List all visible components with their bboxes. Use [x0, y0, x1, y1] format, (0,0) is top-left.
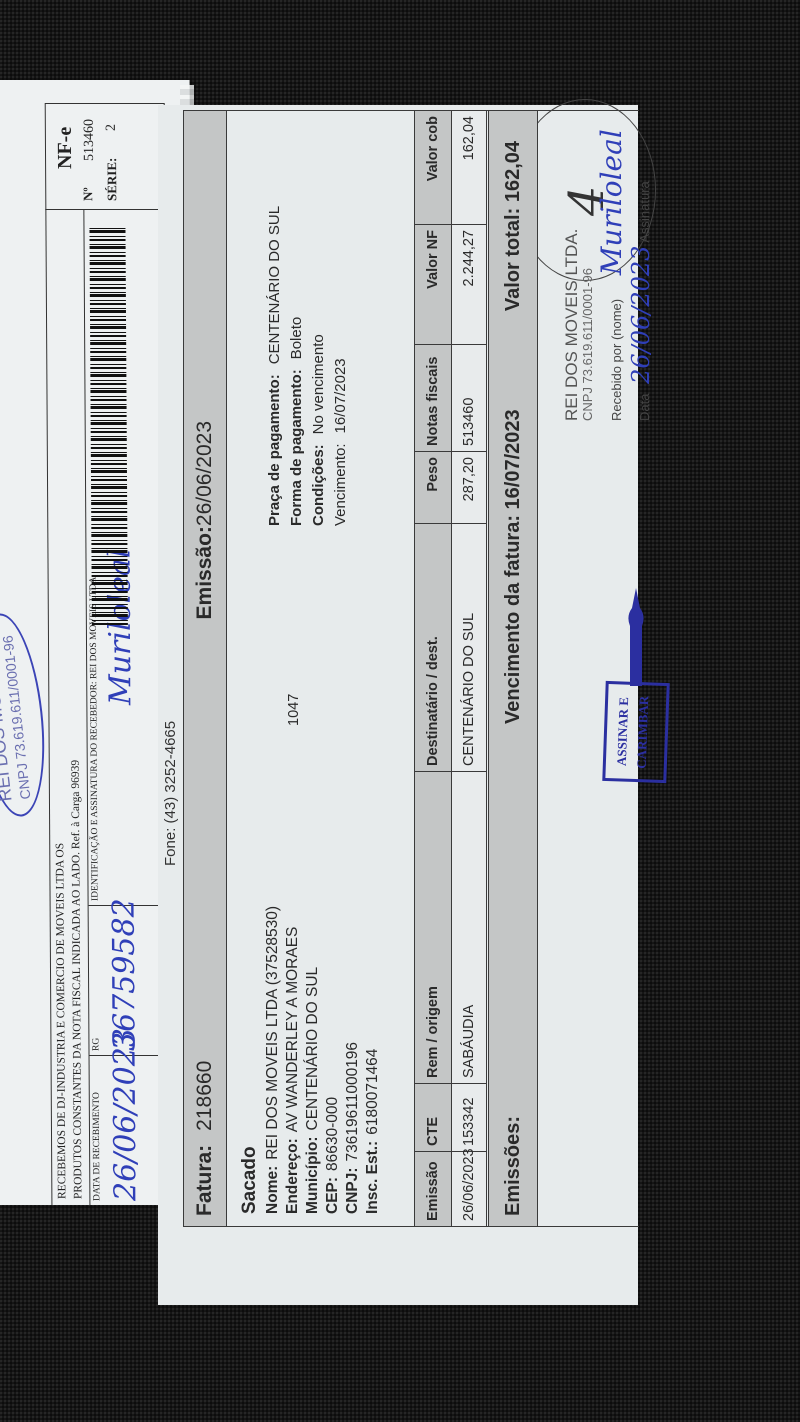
- field-label: Nome:: [263, 1166, 283, 1214]
- invoice-paper: Fone: (43) 3252-4665 Fatura: 218660 Emis…: [158, 105, 638, 1305]
- nfe-serie: 2: [104, 124, 120, 131]
- sacado-municipio: Município:CENTENÁRIO DO SUL: [303, 906, 323, 1214]
- sign-and-stamp-stamp: ASSINAR E CARIMBAR: [602, 681, 669, 783]
- field-label: Condições:: [308, 444, 330, 526]
- table-row: 26/06/2023 153342 SABÁUDIA CENTENÁRIO DO…: [452, 111, 487, 1226]
- cell-rem-origem: SABÁUDIA: [452, 771, 486, 1083]
- sacado-cep: CEP:86630-000: [323, 906, 343, 1214]
- pointing-hand-icon: [624, 586, 648, 686]
- stamp-line-2: CARIMBAR: [631, 685, 654, 780]
- phone-label: Fone:: [162, 828, 179, 866]
- col-emissao: Emissão: [415, 1151, 451, 1226]
- payment-praca: Praça de pagamento:CENTENÁRIO DO SUL: [264, 206, 286, 526]
- sacado-section: Sacado Nome:REI DOS MOVEIS LTDA (3752853…: [240, 906, 383, 1214]
- phone-value: (43) 3252-4665: [162, 721, 179, 824]
- vencimento-fatura: Vencimento da fatura: 16/07/2023: [502, 409, 525, 724]
- field-value: REI DOS MOVEIS LTDA (37528530): [263, 906, 283, 1160]
- fatura-header: Fatura: 218660 Emissão:26/06/2023: [184, 111, 227, 1226]
- field-value: AV WANDERLEY A MORAES: [283, 927, 303, 1133]
- fatura-label: Fatura:: [193, 1145, 217, 1216]
- sacado-endereco: Endereço:AV WANDERLEY A MORAES: [283, 906, 303, 1214]
- received-by-label: Recebido por (nome): [609, 299, 624, 421]
- nfe-number: 513460: [82, 119, 98, 161]
- cell-valor-nf: 2.244,27: [452, 224, 486, 344]
- field-value: 73619611000196: [343, 1042, 363, 1162]
- received-date-row: Data 26/06/2023 Assinatura: [633, 129, 653, 421]
- sacado-cnpj: CNPJ:73619611000196: [343, 906, 363, 1214]
- receipt-rg-label: RG: [91, 910, 102, 1051]
- col-notas-fiscais: Notas fiscais: [415, 344, 451, 451]
- field-value: No vencimento: [308, 334, 330, 434]
- address-number: 1047: [286, 694, 302, 726]
- nfe-box: NF-e Nº 513460 SÉRIE: 2: [45, 103, 166, 210]
- nfe-number-label: Nº: [80, 187, 96, 201]
- invoice-document: REI DOS MOVEIS LTDA. CNPJ 73.619.611/000…: [0, 105, 638, 1305]
- field-label: Praça de pagamento:: [264, 374, 286, 526]
- table-header: Emissão CTE Rem / origem Destinatário / …: [415, 111, 452, 1226]
- emissao-label: Emissão:: [193, 526, 216, 619]
- summary-bar: Emissões: Vencimento da fatura: 16/07/20…: [488, 111, 538, 1226]
- cell-notas-fiscais: 513460: [452, 344, 486, 451]
- cell-valor-cob: 162,04: [452, 111, 486, 224]
- field-value: 86630-000: [323, 1097, 343, 1171]
- phone: Fone: (43) 3252-4665: [162, 721, 179, 866]
- nfe-serie-label: SÉRIE:: [104, 158, 120, 201]
- col-destinatario: Destinatário / dest.: [415, 523, 451, 771]
- field-label: CEP:: [323, 1177, 343, 1214]
- received-signature: Muriloleal: [595, 129, 628, 275]
- sacado-title: Sacado: [240, 906, 260, 1214]
- field-label: Forma de pagamento:: [286, 369, 308, 526]
- payment-section: Praça de pagamento:CENTENÁRIO DO SUL For…: [264, 206, 352, 526]
- received-cnpj: CNPJ 73.619.611/0001-96: [580, 129, 596, 421]
- payment-forma: Forma de pagamento:Boleto: [286, 206, 308, 526]
- emissoes-label: Emissões:: [502, 1116, 525, 1216]
- col-rem-origem: Rem / origem: [415, 771, 451, 1083]
- receipt-declaration: RECEBEMOS DE DJ-INDUSTRIA E COMERCIO DE …: [46, 210, 90, 1205]
- received-by-row: Recebido por (nome) Muriloleal: [604, 129, 625, 421]
- received-date-label: Data: [637, 394, 652, 421]
- shipments-table: Emissão CTE Rem / origem Destinatário / …: [414, 111, 487, 1226]
- field-label: CNPJ:: [343, 1167, 363, 1214]
- cell-cte: 153342: [452, 1083, 486, 1151]
- field-value: CENTENÁRIO DO SUL: [303, 967, 323, 1131]
- valor-total: Valor total: 162,04: [502, 141, 525, 311]
- invoice-frame: Fone: (43) 3252-4665 Fatura: 218660 Emis…: [183, 110, 639, 1227]
- received-company: REI DOS MOVEIS LTDA.: [564, 129, 580, 421]
- received-by-section: REI DOS MOVEIS LTDA. CNPJ 73.619.611/000…: [564, 129, 653, 421]
- assinatura-label: Assinatura: [637, 181, 652, 242]
- field-value: 6180071464: [363, 1049, 383, 1135]
- payment-condicoes: Condições:No vencimento: [308, 206, 330, 526]
- payment-vencimento: Vencimento:16/07/2023: [330, 206, 352, 526]
- field-label: Município:: [303, 1137, 323, 1215]
- col-peso: Peso: [415, 451, 451, 523]
- col-valor-nf: Valor NF: [415, 224, 451, 344]
- barcode: [89, 225, 127, 625]
- emissao-date: 26/06/2023: [193, 421, 216, 526]
- cell-emissao: 26/06/2023: [452, 1151, 486, 1226]
- field-label: Vencimento:: [330, 443, 352, 526]
- emissao: Emissão:26/06/2023: [193, 421, 217, 619]
- field-value: 16/07/2023: [330, 358, 352, 433]
- col-cte: CTE: [415, 1083, 451, 1151]
- cell-destinatario: CENTENÁRIO DO SUL: [452, 523, 486, 771]
- field-value: CENTENÁRIO DO SUL: [264, 206, 286, 364]
- receipt-date-label: DATA DE RECEBIMENTO: [92, 1060, 103, 1201]
- cell-peso: 287,20: [452, 451, 486, 523]
- receipt-rg-handwritten: 36759582: [107, 898, 143, 1051]
- field-label: Endereço:: [283, 1138, 303, 1214]
- fatura-number: 218660: [193, 1061, 217, 1131]
- received-date-handwritten: 26/06/2023: [627, 246, 655, 384]
- nfe-title: NF-e: [54, 127, 77, 169]
- col-valor-cob: Valor cob: [415, 111, 451, 224]
- sacado-insc-est: Insc. Est.:6180071464: [363, 906, 383, 1214]
- field-label: Insc. Est.:: [363, 1141, 383, 1214]
- sacado-nome: Nome:REI DOS MOVEIS LTDA (37528530): [263, 906, 283, 1214]
- field-value: Boleto: [286, 317, 308, 360]
